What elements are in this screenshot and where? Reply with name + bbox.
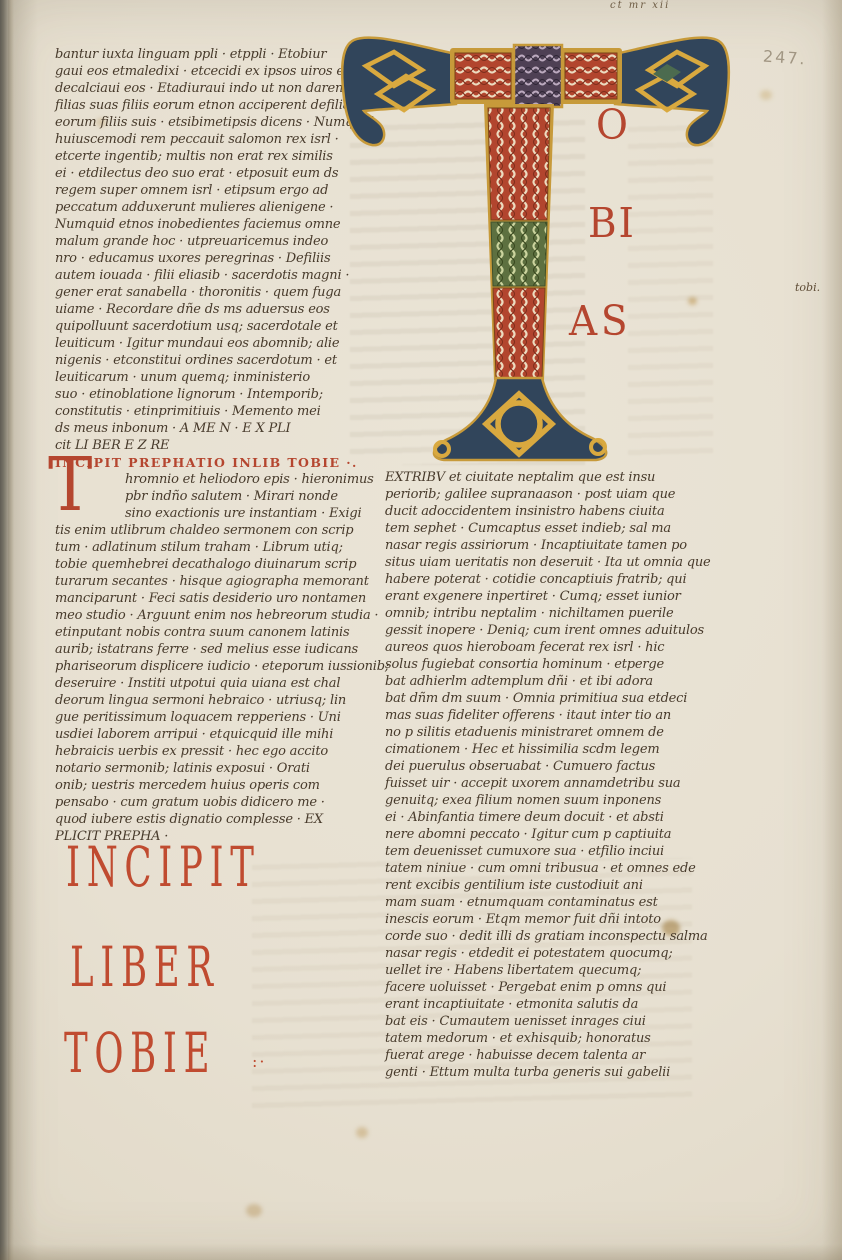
text-line: sino exactionis ure instantiam · Exigi bbox=[55, 505, 355, 522]
text-line: decalciaui eos · Etadiuraui indo ut non … bbox=[55, 80, 355, 97]
text-line: deseruire · Institi utpotui quia uiana e… bbox=[55, 675, 355, 692]
text-line: manciparunt · Feci satis desiderio uro n… bbox=[55, 590, 355, 607]
text-line: cimationem · Hec et hissimilia scdm lege… bbox=[385, 741, 705, 758]
text-line: fuerat arege · habuisse decem talenta ar bbox=[385, 1047, 705, 1064]
text-line: bat eis · Cumautem uenisset inrages ciui bbox=[385, 1013, 705, 1030]
text-line: regem super omnem isrl · etipsum ergo ad bbox=[55, 182, 355, 199]
text-line: erant exgenere inpertiret · Cumq; esset … bbox=[385, 588, 705, 605]
text-line: pbr indño salutem · Mirari nonde bbox=[55, 488, 355, 505]
text-line: situs uiam ueritatis non deseruit · Ita … bbox=[385, 554, 705, 571]
text-line: bantur iuxta linguam ppli · etppli · Eto… bbox=[55, 46, 355, 63]
text-line: genti · Ettum multa turba generis sui ga… bbox=[385, 1064, 705, 1081]
text-line: leuiticum · Igitur mundaui eos abomnib; … bbox=[55, 335, 355, 352]
parchment-stain bbox=[246, 1204, 262, 1217]
text-line: corde suo · dedit illi ds gratiam incons… bbox=[385, 928, 705, 945]
text-line: inescis eorum · Etqm memor fuit dñi into… bbox=[385, 911, 705, 928]
text-line: gue peritissimum loquacem repperiens · U… bbox=[55, 709, 355, 726]
text-line: erant incaptiuitate · etmonita salutis d… bbox=[385, 996, 705, 1013]
text-line: notario sermonib; latinis exposui · Orat… bbox=[55, 760, 355, 777]
text-line: filias suas filiis eorum etnon acciperen… bbox=[55, 97, 355, 114]
text-line: tum · adlatinum stilum traham · Librum u… bbox=[55, 539, 355, 556]
text-line: peccatum adduxerunt mulieres alienigene … bbox=[55, 199, 355, 216]
text-line: etinputant nobis contra suum canonem lat… bbox=[55, 624, 355, 641]
tobias-letters-as: AS bbox=[569, 301, 631, 342]
display-title-liber: LIBER bbox=[70, 940, 220, 995]
margin-note-tobi: tobi. bbox=[795, 281, 820, 294]
left-text-column: bantur iuxta linguam ppli · etppli · Eto… bbox=[55, 46, 355, 845]
text-line: nigenis · etconstitui ordines sacerdotum… bbox=[55, 352, 355, 369]
text-line: etcerte ingentib; multis non erat rex si… bbox=[55, 148, 355, 165]
text-line: uiame · Recordare dñe ds ms aduersus eos bbox=[55, 301, 355, 318]
text-line: mas suas fideliter offerens · itaut inte… bbox=[385, 707, 705, 724]
text-line: nasar regis · etdedit ei potestatem quoc… bbox=[385, 945, 705, 962]
text-line: facere uoluisset · Pergebat enim p omns … bbox=[385, 979, 705, 996]
text-line: constitutis · etinprimitiuis · Memento m… bbox=[55, 403, 355, 420]
text-line: hromnio et heliodoro epis · hieronimus bbox=[55, 471, 355, 488]
text-line: Numquid etnos inobedientes faciemus omne bbox=[55, 216, 355, 233]
text-line: gener erat sanabella · thoronitis · quem… bbox=[55, 284, 355, 301]
text-line: tobie quemhebrei decathalogo diuinarum s… bbox=[55, 556, 355, 573]
text-line: omnib; intribu neptalim · nichiltamen pu… bbox=[385, 605, 705, 622]
text-line: solus fugiebat consortia hominum · etper… bbox=[385, 656, 705, 673]
text-line: aureos quos hieroboam fecerat rex isrl ·… bbox=[385, 639, 705, 656]
text-line: uellet ire · Habens libertatem quecumq; bbox=[385, 962, 705, 979]
gutter-shadow bbox=[8, 0, 38, 1260]
text-line: autem iouada · filii eliasib · sacerdoti… bbox=[55, 267, 355, 284]
text-line: tem deuenisset cumuxore sua · etfilio in… bbox=[385, 843, 705, 860]
initial-right-wing bbox=[615, 38, 729, 146]
text-line: habere poterat · cotidie concaptiuis fra… bbox=[385, 571, 705, 588]
text-line: genuitq; exea filium nomen suum inponens bbox=[385, 792, 705, 809]
quire-annotation: ct mr xii bbox=[610, 0, 670, 11]
text-line: quipolluunt sacerdotium usq; sacerdotale… bbox=[55, 318, 355, 335]
text-line: usdiei laborem arripui · etquicquid ille… bbox=[55, 726, 355, 743]
illuminated-initial-T bbox=[338, 28, 733, 468]
text-line: aurib; istatrans ferre · sed melius esse… bbox=[55, 641, 355, 658]
text-line: bat adhierlm adtemplum dñi · et ibi ador… bbox=[385, 673, 705, 690]
text-line: malum grande hoc · utpreuaricemus indeo bbox=[55, 233, 355, 250]
text-line: no p silitis etaduenis ministraret omnem… bbox=[385, 724, 705, 741]
text-line: hebraicis uerbis ex pressit · hec ego ac… bbox=[55, 743, 355, 760]
text-line: huiuscemodi rem peccauit salomon rex isr… bbox=[55, 131, 355, 148]
text-line: tatem niniue · cum omni tribusua · et om… bbox=[385, 860, 705, 877]
text-line: pensabo · cum gratum uobis didicero me · bbox=[55, 794, 355, 811]
text-line: INCIPIT PREPHATIO INLIB TOBIE ·. bbox=[55, 454, 355, 471]
tobias-letter-o: O bbox=[596, 105, 628, 146]
text-line: suo · etinoblatione lignorum · Intempori… bbox=[55, 386, 355, 403]
text-line: tem sephet · Cumcaptus esset indieb; sal… bbox=[385, 520, 705, 537]
text-line: nere abomni peccato · Igitur cum p capti… bbox=[385, 826, 705, 843]
text-line: leuiticarum · unum quemq; inministerio bbox=[55, 369, 355, 386]
display-title-tobie: TOBIE bbox=[64, 1026, 216, 1081]
text-line: ei · etdilectus deo suo erat · etposuit … bbox=[55, 165, 355, 182]
page-edge-right bbox=[822, 0, 842, 1260]
text-line: deorum lingua sermoni hebraico · utriusq… bbox=[55, 692, 355, 709]
text-line: nasar regis assiriorum · Incaptiuitate t… bbox=[385, 537, 705, 554]
text-line: eorum filiis suis · etsibimetipsis dicen… bbox=[55, 114, 355, 131]
text-line: EXTRIBV et ciuitate neptalim que est ins… bbox=[385, 469, 705, 486]
text-line: rent excibis gentilium iste custodiuit a… bbox=[385, 877, 705, 894]
text-line: fuisset uir · accepit uxorem annamdetrib… bbox=[385, 775, 705, 792]
tobias-letters-bi: BI bbox=[588, 203, 636, 244]
text-line: periorib; galilee supranaason · post uia… bbox=[385, 486, 705, 503]
text-line: bat dñm dm suum · Omnia primitiua sua et… bbox=[385, 690, 705, 707]
text-line: turarum secantes · hisque agiographa mem… bbox=[55, 573, 355, 590]
initial-foot bbox=[434, 378, 606, 460]
text-line: cit LI BER E Z RE bbox=[55, 437, 355, 454]
text-line: nro · educamus uxores peregrinas · Defil… bbox=[55, 250, 355, 267]
text-line: ei · Abinfantia timere deum docuit · et … bbox=[385, 809, 705, 826]
initial-crossbar bbox=[450, 45, 622, 107]
text-line: quod iubere estis dignatio complesse · E… bbox=[55, 811, 355, 828]
text-line: ds meus inbonum · A ME N · E X PLI bbox=[55, 420, 355, 437]
initial-stem bbox=[484, 104, 554, 380]
text-line: meo studio · Arguunt enim nos hebreorum … bbox=[55, 607, 355, 624]
text-line: ducit adoccidentem insinistro habens ciu… bbox=[385, 503, 705, 520]
text-line: onib; uestris mercedem huius operis com bbox=[55, 777, 355, 794]
text-line: tatem medorum · et exhisquib; honoratus bbox=[385, 1030, 705, 1047]
text-line: tis enim utlibrum chaldeo sermonem con s… bbox=[55, 522, 355, 539]
text-line: dei puerulus obseruabat · Cumuero factus bbox=[385, 758, 705, 775]
display-title-incipit: INCIPIT bbox=[66, 840, 261, 895]
parchment-stain bbox=[356, 1127, 368, 1138]
parchment-stain bbox=[760, 90, 772, 100]
folio-number: 247. bbox=[762, 47, 807, 69]
text-line: mam suam · etnumquam contaminatus est bbox=[385, 894, 705, 911]
text-line: gessit inopere · Deniq; cum irent omnes … bbox=[385, 622, 705, 639]
right-text-column: EXTRIBV et ciuitate neptalim que est ins… bbox=[385, 469, 705, 1081]
prologue-initial-letter: T bbox=[48, 448, 92, 522]
initial-left-wing bbox=[342, 38, 456, 146]
text-line: gaui eos etmaledixi · etcecidi ex ipsos … bbox=[55, 63, 355, 80]
title-punctuation-marks: :· bbox=[252, 1052, 266, 1071]
manuscript-page: { "page": { "folio_number": "247.", "qui… bbox=[0, 0, 842, 1260]
text-line: phariseorum displicere iudicio · eteporu… bbox=[55, 658, 355, 675]
page-edge-bottom bbox=[0, 1244, 842, 1260]
